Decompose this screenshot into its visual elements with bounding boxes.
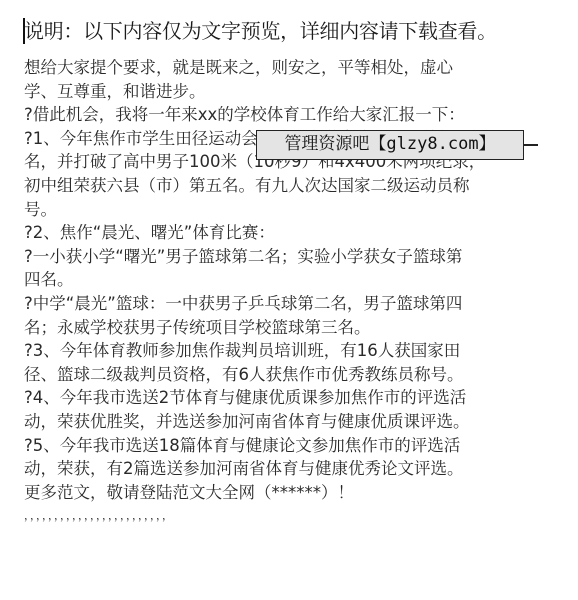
paragraph-line: ?3、今年体育教师参加焦作裁判员培训班，有16人获国家田 xyxy=(24,339,554,363)
paragraph-line: 动，荣获，有2篇选送参加河南省体育与健康优秀论文评选。 xyxy=(24,457,554,481)
paragraph-line: 想给大家提个要求，就是既来之，则安之，平等相处，虚心 xyxy=(24,56,554,80)
preview-notice: 说明：以下内容仅为文字预览，详细内容请下载查看。 xyxy=(24,17,497,45)
overlay-tail-line xyxy=(524,144,538,146)
paragraph-line: ?中学“晨光”篮球：一中获男子乒乓球第二名，男子篮球第四 xyxy=(24,292,554,316)
paragraph-line: ?借此机会，我将一年来xx的学校体育工作给大家汇报一下： xyxy=(24,103,554,127)
paragraph-line: 径、篮球二级裁判员资格，有6人获焦作市优秀教练员称号。 xyxy=(24,363,554,387)
paragraph-line: ?一小获小学“曙光”男子篮球第二名；实验小学获女子篮球第 xyxy=(24,245,554,269)
paragraph-line: ?2、焦作“晨光、曙光”体育比赛： xyxy=(24,221,554,245)
dotted-separator: ，，，，，，，，，，，，，，，，，，，，，，，， xyxy=(24,504,554,528)
watermark-overlay: 管理资源吧【glzy8.com】 xyxy=(256,130,524,160)
document-body: 想给大家提个要求，就是既来之，则安之，平等相处，虚心 学、互尊重，和谐进步。 ?… xyxy=(24,56,554,528)
paragraph-line: 初中组荣获六县（市）第五名。有九人次达国家二级运动员称 xyxy=(24,174,554,198)
paragraph-line: 动，荣获优胜奖，并选送参加河南省体育与健康优质课评选。 xyxy=(24,410,554,434)
paragraph-line: 更多范文，敬请登陆范文大全网（******）！ xyxy=(24,481,554,505)
paragraph-line: 学、互尊重，和谐进步。 xyxy=(24,80,554,104)
paragraph-line: 四名。 xyxy=(24,268,554,292)
paragraph-line: ?4、今年我市选送2节体育与健康优质课参加焦作市的评选活 xyxy=(24,386,554,410)
paragraph-line: ?5、今年我市选送18篇体育与健康论文参加焦作市的评选活 xyxy=(24,434,554,458)
paragraph-line: 名；永威学校获男子传统项目学校篮球第三名。 xyxy=(24,316,554,340)
paragraph-line: 号。 xyxy=(24,198,554,222)
